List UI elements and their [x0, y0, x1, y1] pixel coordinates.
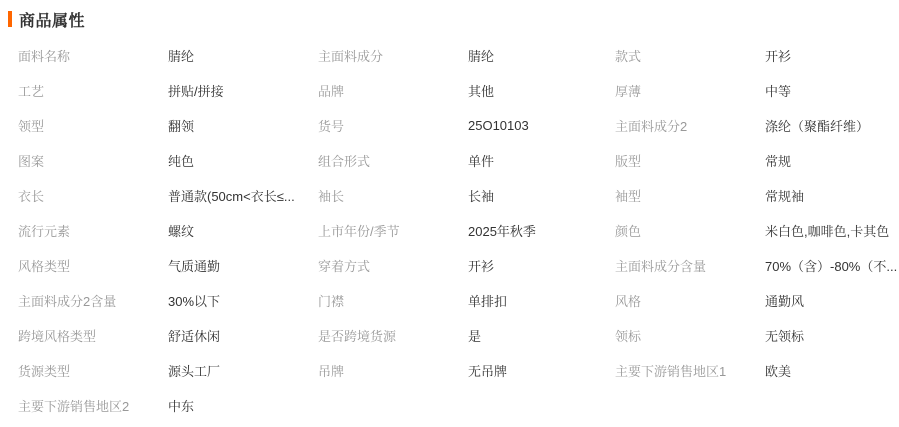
attribute-label: 门襟 — [318, 291, 468, 310]
attribute-row-cell: 货源类型 源头工厂 — [18, 353, 318, 388]
attribute-label: 款式 — [615, 46, 765, 65]
attribute-value: 是 — [468, 326, 485, 345]
attributes-grid: 面料名称 腈纶 主面料成分 腈纶 款式 开衫 工艺 拼贴/拼接 品牌 其他 厚薄… — [18, 38, 899, 423]
attribute-row-cell: 穿着方式 开衫 — [318, 248, 615, 283]
attribute-row-cell: 袖长 长袖 — [318, 178, 615, 213]
attribute-value: 70%（含）-80%（不... — [765, 256, 899, 275]
attribute-row-cell: 风格类型 气质通勤 — [18, 248, 318, 283]
attribute-row-cell: 主要下游销售地区1 欧美 — [615, 353, 899, 388]
title-accent-bar — [8, 11, 12, 27]
attribute-value: 单排扣 — [468, 291, 511, 310]
attribute-row-cell: 主要下游销售地区2 中东 — [18, 388, 318, 423]
attribute-label: 流行元素 — [18, 221, 168, 240]
attribute-label: 版型 — [615, 151, 765, 170]
attribute-row-cell: 主面料成分 腈纶 — [318, 38, 615, 73]
attribute-row-cell: 跨境风格类型 舒适休闲 — [18, 318, 318, 353]
attribute-row-cell: 门襟 单排扣 — [318, 283, 615, 318]
product-attributes-panel: 商品属性 面料名称 腈纶 主面料成分 腈纶 款式 开衫 工艺 拼贴/拼接 品牌 … — [0, 0, 899, 427]
attribute-value: 米白色,咖啡色,卡其色 — [765, 221, 893, 240]
attribute-value: 欧美 — [765, 361, 795, 380]
attribute-row-cell: 主面料成分2 涤纶（聚酯纤维） — [615, 108, 899, 143]
attribute-label: 跨境风格类型 — [18, 326, 168, 345]
attribute-row-cell: 货号 25O10103 — [318, 108, 615, 143]
attribute-value: 无领标 — [765, 326, 808, 345]
panel-header: 商品属性 — [0, 0, 899, 28]
attribute-label: 组合形式 — [318, 151, 468, 170]
attribute-row-cell: 是否跨境货源 是 — [318, 318, 615, 353]
attribute-label: 上市年份/季节 — [318, 221, 468, 240]
attribute-row-cell: 吊牌 无吊牌 — [318, 353, 615, 388]
attribute-value: 普通款(50cm<衣长≤... — [168, 186, 299, 205]
attribute-value: 螺纹 — [168, 221, 198, 240]
attribute-label: 穿着方式 — [318, 256, 468, 275]
attribute-label: 风格类型 — [18, 256, 168, 275]
attribute-label: 袖长 — [318, 186, 468, 205]
attribute-value: 其他 — [468, 81, 498, 100]
attribute-value: 腈纶 — [468, 46, 498, 65]
attribute-label: 主面料成分含量 — [615, 256, 765, 275]
attribute-value: 气质通勤 — [168, 256, 224, 275]
attribute-label: 主面料成分 — [318, 46, 468, 65]
attribute-row-cell: 版型 常规 — [615, 143, 899, 178]
attribute-label: 主要下游销售地区2 — [18, 396, 168, 415]
attribute-value: 纯色 — [168, 151, 198, 170]
attribute-value: 长袖 — [468, 186, 498, 205]
attribute-row-cell: 领型 翻领 — [18, 108, 318, 143]
attribute-value: 通勤风 — [765, 291, 808, 310]
attribute-label: 品牌 — [318, 81, 468, 100]
attribute-row-cell: 款式 开衫 — [615, 38, 899, 73]
attribute-value: 无吊牌 — [468, 361, 511, 380]
attribute-label: 风格 — [615, 291, 765, 310]
attribute-value: 30%以下 — [168, 291, 224, 310]
attribute-row-cell: 面料名称 腈纶 — [18, 38, 318, 73]
attribute-value: 开衫 — [468, 256, 498, 275]
attribute-row-cell: 上市年份/季节 2025年秋季 — [318, 213, 615, 248]
attribute-value: 常规 — [765, 151, 795, 170]
attribute-label: 主面料成分2含量 — [18, 291, 168, 310]
attribute-label: 厚薄 — [615, 81, 765, 100]
attribute-row-cell: 主面料成分2含量 30%以下 — [18, 283, 318, 318]
attribute-row-cell: 工艺 拼贴/拼接 — [18, 73, 318, 108]
attribute-row-cell: 衣长 普通款(50cm<衣长≤... — [18, 178, 318, 213]
attribute-label: 货号 — [318, 116, 468, 135]
attribute-label: 面料名称 — [18, 46, 168, 65]
attribute-value: 常规袖 — [765, 186, 808, 205]
attribute-label: 主要下游销售地区1 — [615, 361, 765, 380]
attribute-row-cell: 主面料成分含量 70%（含）-80%（不... — [615, 248, 899, 283]
attribute-label: 主面料成分2 — [615, 116, 765, 135]
attribute-value: 翻领 — [168, 116, 198, 135]
attribute-label: 领标 — [615, 326, 765, 345]
attribute-label: 货源类型 — [18, 361, 168, 380]
attribute-label: 衣长 — [18, 186, 168, 205]
attribute-row-cell: 图案 纯色 — [18, 143, 318, 178]
attribute-row-cell: 流行元素 螺纹 — [18, 213, 318, 248]
attribute-row-cell: 领标 无领标 — [615, 318, 899, 353]
attribute-value: 25O10103 — [468, 118, 533, 133]
attribute-value: 涤纶（聚酯纤维） — [765, 116, 873, 135]
attribute-row-cell: 品牌 其他 — [318, 73, 615, 108]
attribute-label: 工艺 — [18, 81, 168, 100]
attribute-row-cell: 组合形式 单件 — [318, 143, 615, 178]
attribute-label: 吊牌 — [318, 361, 468, 380]
attribute-value: 舒适休闲 — [168, 326, 224, 345]
attribute-row-cell: 厚薄 中等 — [615, 73, 899, 108]
attribute-row-cell: 袖型 常规袖 — [615, 178, 899, 213]
attribute-value: 单件 — [468, 151, 498, 170]
attribute-value: 2025年秋季 — [468, 221, 540, 240]
attribute-value: 开衫 — [765, 46, 795, 65]
attribute-row-cell: 风格 通勤风 — [615, 283, 899, 318]
attribute-label: 颜色 — [615, 221, 765, 240]
attribute-value: 源头工厂 — [168, 361, 224, 380]
attribute-value: 中东 — [168, 396, 198, 415]
attribute-value: 中等 — [765, 81, 795, 100]
attribute-label: 袖型 — [615, 186, 765, 205]
page-title: 商品属性 — [19, 8, 85, 31]
attribute-value: 拼贴/拼接 — [168, 81, 228, 100]
attribute-label: 领型 — [18, 116, 168, 135]
attribute-label: 图案 — [18, 151, 168, 170]
attribute-label: 是否跨境货源 — [318, 326, 468, 345]
attribute-value: 腈纶 — [168, 46, 198, 65]
attribute-row-cell: 颜色 米白色,咖啡色,卡其色 — [615, 213, 899, 248]
